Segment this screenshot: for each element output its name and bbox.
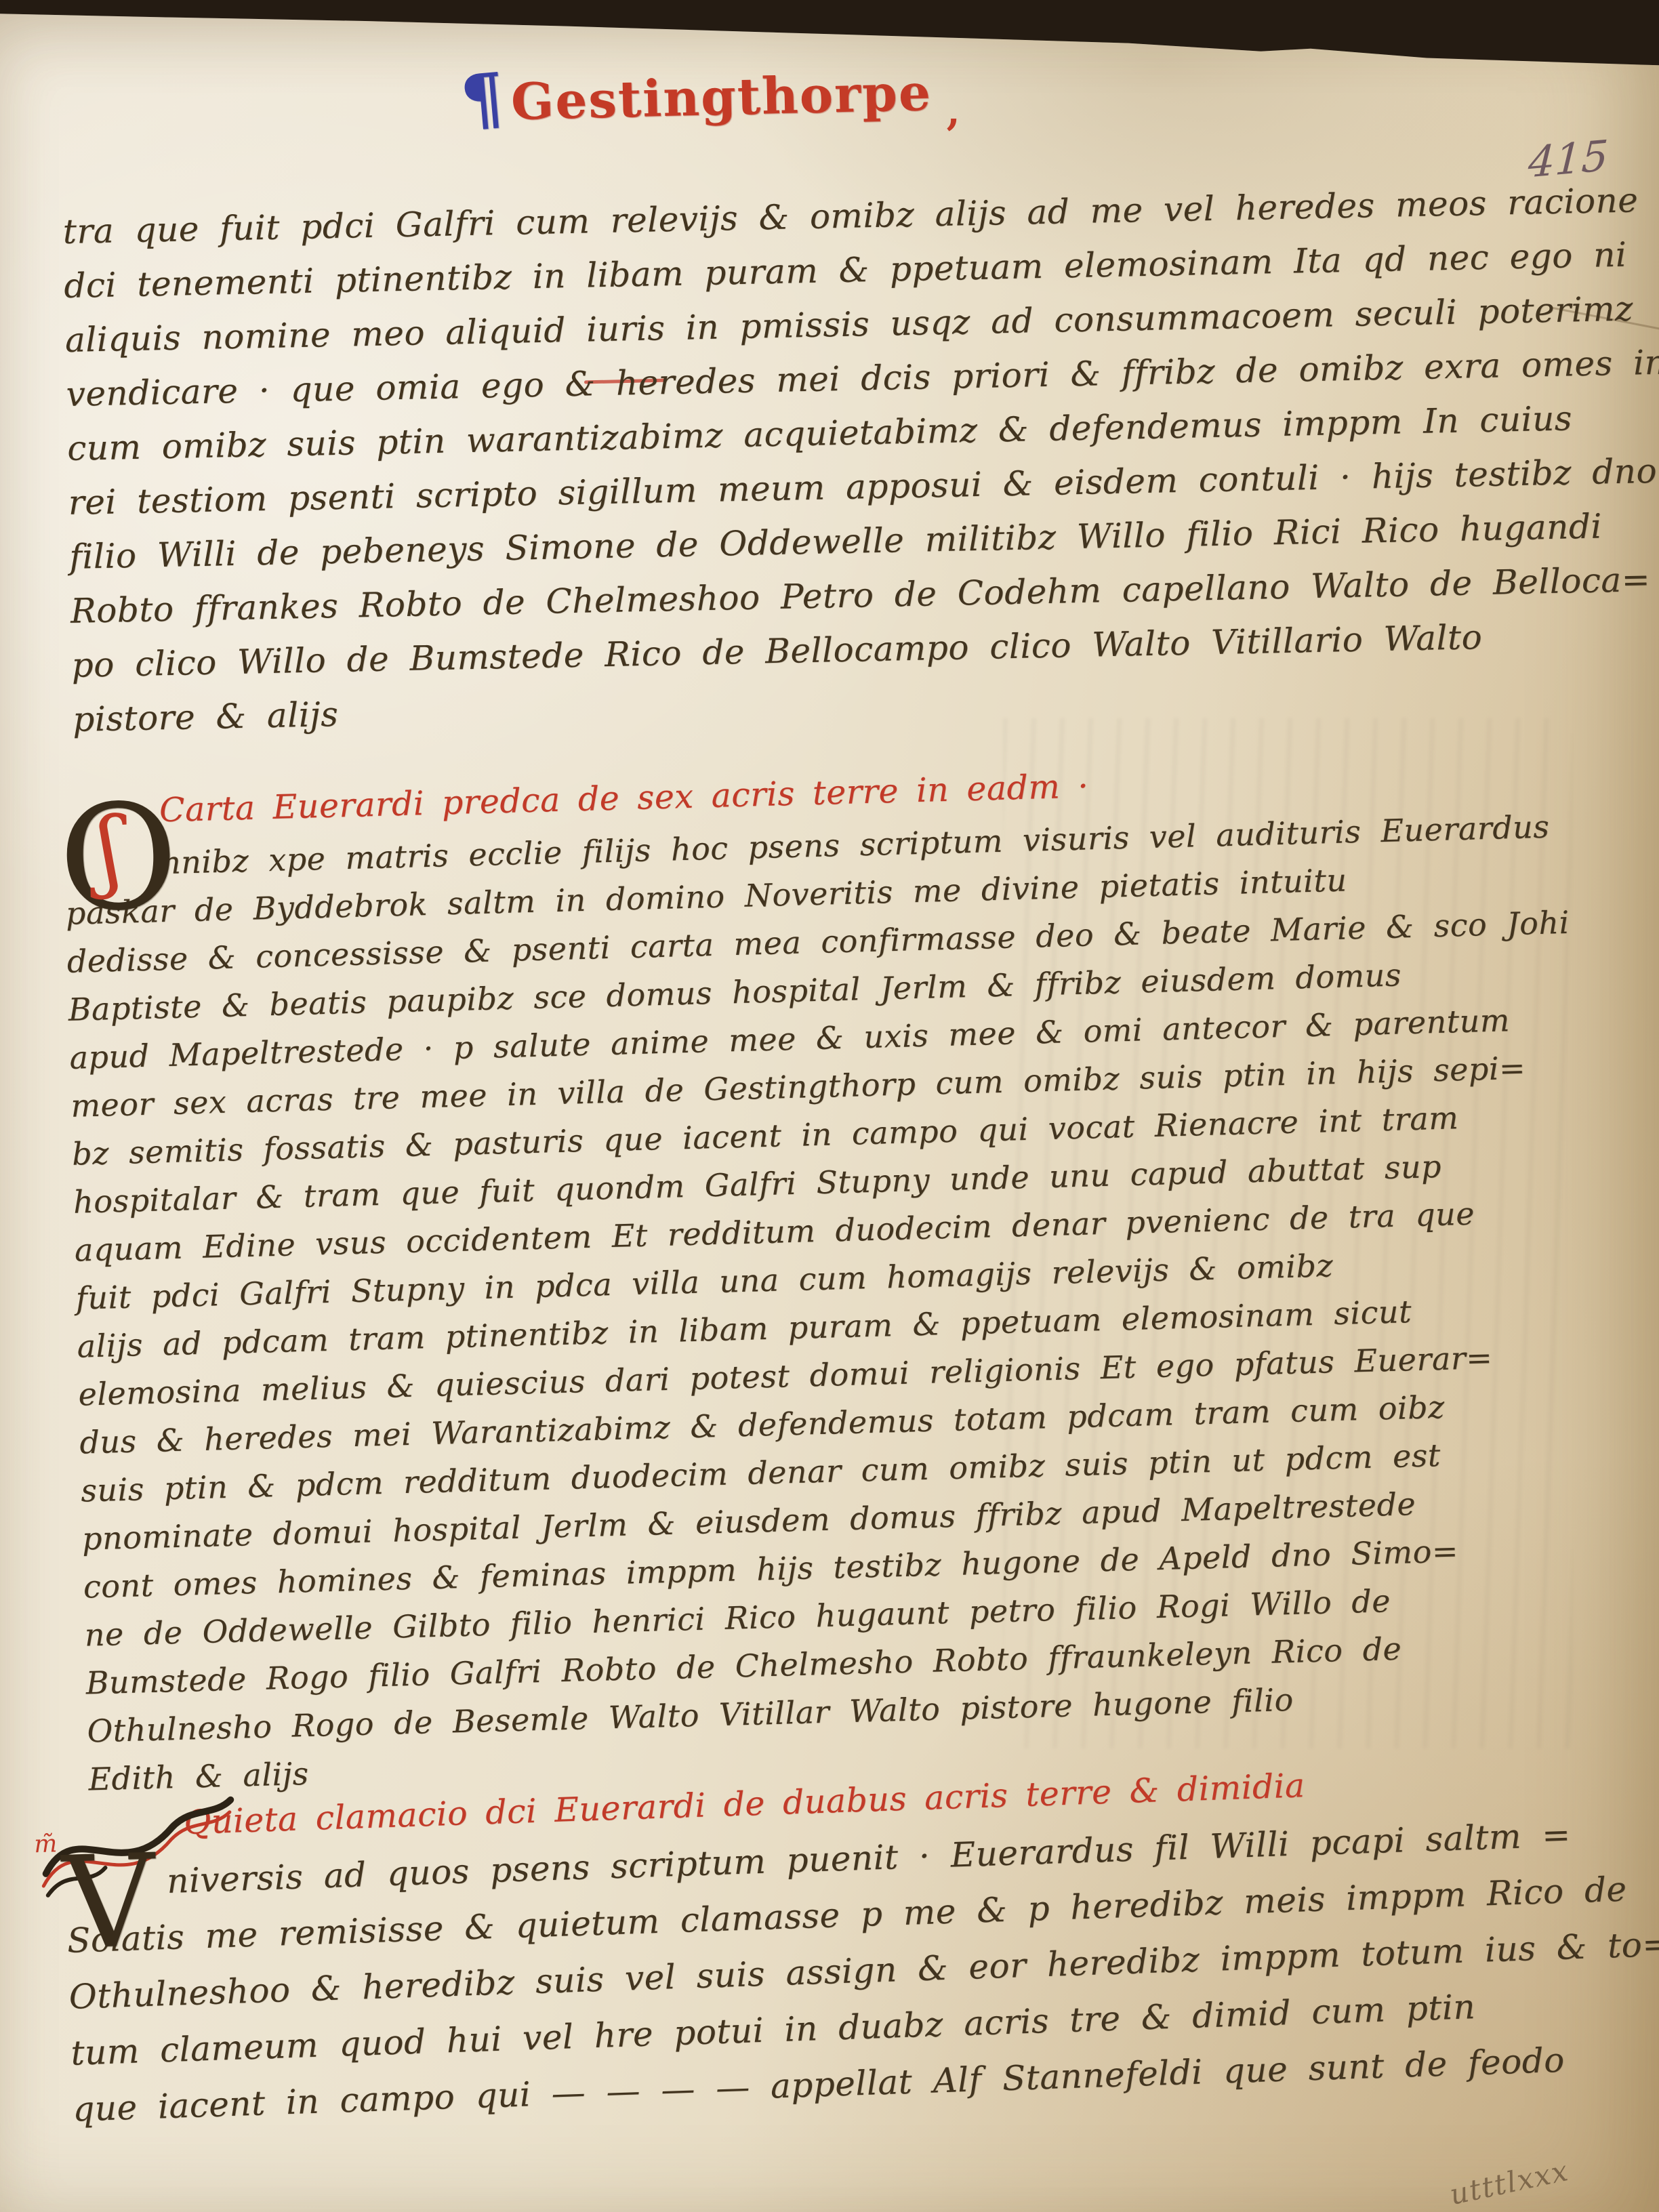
manuscript-photo: ¶ Gestingthorpe , 415 tra que fuit pdci … — [0, 0, 1659, 2212]
quire-mark: utttlxxx — [1447, 2154, 1572, 2211]
decorated-initial-O: O — [57, 785, 180, 933]
decorated-initial-V: V — [61, 1838, 157, 1968]
charter-block-1: tra que fuit pdci Galfri cum relevijs & … — [62, 174, 1606, 747]
title-flourish-icon: , — [947, 88, 960, 134]
charter-block-3: m̃ V Quieta clamacio dci Euerardi de dua… — [62, 1746, 1619, 2137]
page-heading: ¶ Gestingthorpe , — [461, 65, 960, 134]
charter-block-2: O Carta Euerardi predca de sex acris ter… — [62, 745, 1629, 1804]
page-title: Gestingthorpe — [510, 60, 933, 135]
parchment-page: ¶ Gestingthorpe , 415 tra que fuit pdci … — [0, 0, 1659, 2212]
paragraph-mark-icon: ¶ — [458, 63, 507, 134]
